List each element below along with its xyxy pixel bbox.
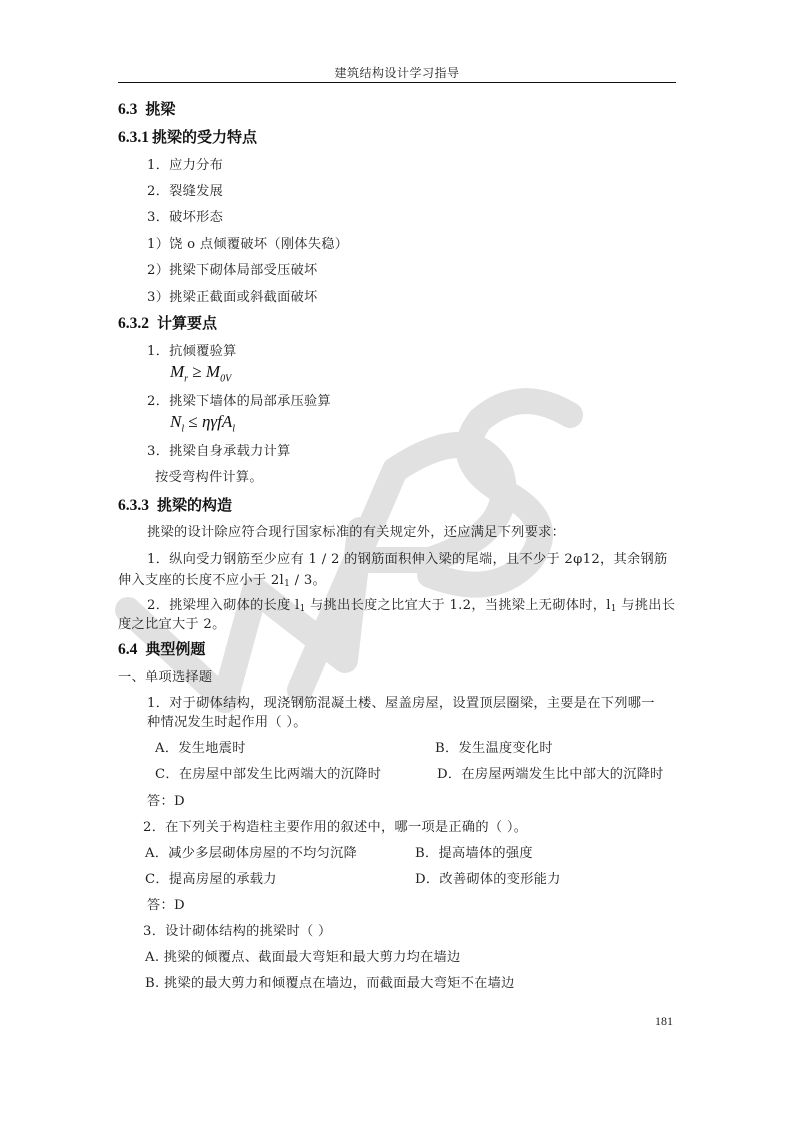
option: D．改善砌体的变形能力 — [415, 868, 561, 887]
option: A. 挑梁的倾覆点、截面最大弯矩和最大剪力均在墙边 — [145, 946, 461, 965]
running-header: 建筑结构设计学习指导 — [118, 64, 676, 81]
formula-term: M — [206, 362, 220, 381]
formula-term: ηγfA — [202, 412, 232, 431]
section-heading-6-4: 6.4典型例题 — [118, 638, 205, 659]
paragraph: 伸入支座的长度不应小于 2l1 / 3。 — [118, 569, 326, 589]
list-item: 1．抗倾覆验算 — [147, 340, 237, 359]
text-run: 与挑出长度之比宜大于 1.2，当挑梁上无砌体时，l — [306, 598, 611, 613]
page-number: 181 — [655, 1014, 673, 1029]
document-page: 建筑结构设计学习指导 6.3挑梁 6.3.1挑梁的受力特点 1．应力分布 2．裂… — [0, 0, 793, 1122]
text-run: 2．挑梁埋入砌体的长度 l — [147, 598, 300, 613]
section-heading-6-3-1: 6.3.1挑梁的受力特点 — [118, 126, 257, 147]
section-number: 6.3 — [118, 101, 137, 118]
formula-operator: ≥ — [188, 362, 206, 381]
list-item: 3）挑梁正截面或斜截面破坏 — [147, 286, 318, 305]
list-item: 3．挑梁自身承载力计算 — [147, 440, 291, 459]
section-title: 计算要点 — [157, 314, 217, 332]
header-divider — [118, 82, 676, 83]
option: A．发生地震时 — [155, 737, 246, 756]
list-item: 1）饶 o 点倾覆破坏（刚体失稳） — [147, 233, 348, 252]
option: C．提高房屋的承载力 — [145, 868, 277, 887]
formula-subscript: l — [232, 423, 235, 434]
list-item: 1．应力分布 — [147, 154, 223, 173]
question-stem: 1．对于砌体结构，现浇钢筋混凝土楼、屋盖房屋，设置顶层圈梁，主要是在下列哪一 — [147, 692, 655, 711]
paragraph: 2．挑梁埋入砌体的长度 l1 与挑出长度之比宜大于 1.2，当挑梁上无砌体时，l… — [147, 594, 675, 614]
text-run: / 3。 — [290, 573, 326, 588]
section-title: 典型例题 — [145, 640, 205, 658]
paragraph: 1．纵向受力钢筋至少应有 1 / 2 的钢筋面积伸入梁的尾端，且不少于 2φ12… — [147, 548, 667, 567]
text-run: 与挑出长 — [617, 598, 675, 613]
section-number: 6.3.3 — [118, 497, 149, 514]
formula-operator: ≤ — [184, 412, 202, 431]
option: A．减少多层砌体房屋的不均匀沉降 — [145, 842, 357, 861]
section-heading-6-3: 6.3挑梁 — [118, 98, 175, 119]
section-number: 6.3.2 — [118, 315, 149, 332]
option: B．发生温度变化时 — [435, 737, 553, 756]
formula-subscript: 0V — [220, 373, 231, 384]
list-item: 2）挑梁下砌体局部受压破坏 — [147, 259, 318, 278]
list-item: 2．裂缝发展 — [147, 180, 223, 199]
section-title: 挑梁的构造 — [157, 496, 232, 514]
option: B．提高墙体的强度 — [415, 842, 533, 861]
answer: 答：D — [147, 790, 185, 809]
question-stem: 2．在下列关于构造柱主要作用的叙述中，哪一项是正确的（ ）。 — [143, 816, 527, 835]
section-title: 挑梁的受力特点 — [152, 128, 257, 146]
question-stem: 3．设计砌体结构的挑梁时（ ） — [143, 920, 332, 939]
list-item: 3．破坏形态 — [147, 206, 223, 225]
option: B. 挑梁的最大剪力和倾覆点在墙边，而截面最大弯矩不在墙边 — [145, 972, 515, 991]
paragraph: 按受弯构件计算。 — [155, 466, 263, 485]
section-heading-6-3-2: 6.3.2计算要点 — [118, 312, 217, 333]
paragraph: 挑梁的设计除应符合现行国家标准的有关规定外，还应满足下列要求： — [147, 521, 565, 540]
section-heading-6-3-3: 6.3.3挑梁的构造 — [118, 494, 232, 515]
option: C．在房屋中部发生比两端大的沉降时 — [155, 763, 381, 782]
section-number: 6.4 — [118, 641, 137, 658]
section-title: 挑梁 — [145, 100, 175, 118]
formula-term: N — [170, 412, 181, 431]
option: D．在房屋两端发生比中部大的沉降时 — [437, 763, 664, 782]
section-number: 6.3.1 — [118, 129, 149, 146]
question-stem: 种情况发生时起作用（ ）。 — [147, 711, 307, 730]
paragraph: 度之比宜大于 2。 — [118, 613, 226, 632]
formula-overturning: Mr ≥ M0V — [170, 362, 231, 384]
answer: 答：D — [147, 894, 185, 913]
list-item: 2．挑梁下墙体的局部承压验算 — [147, 390, 331, 409]
formula-term: M — [170, 362, 184, 381]
formula-local-bearing: Nl ≤ ηγfAl — [170, 412, 235, 434]
part-heading: 一、单项选择题 — [118, 666, 212, 685]
text-run: 伸入支座的长度不应小于 2l — [118, 573, 284, 588]
